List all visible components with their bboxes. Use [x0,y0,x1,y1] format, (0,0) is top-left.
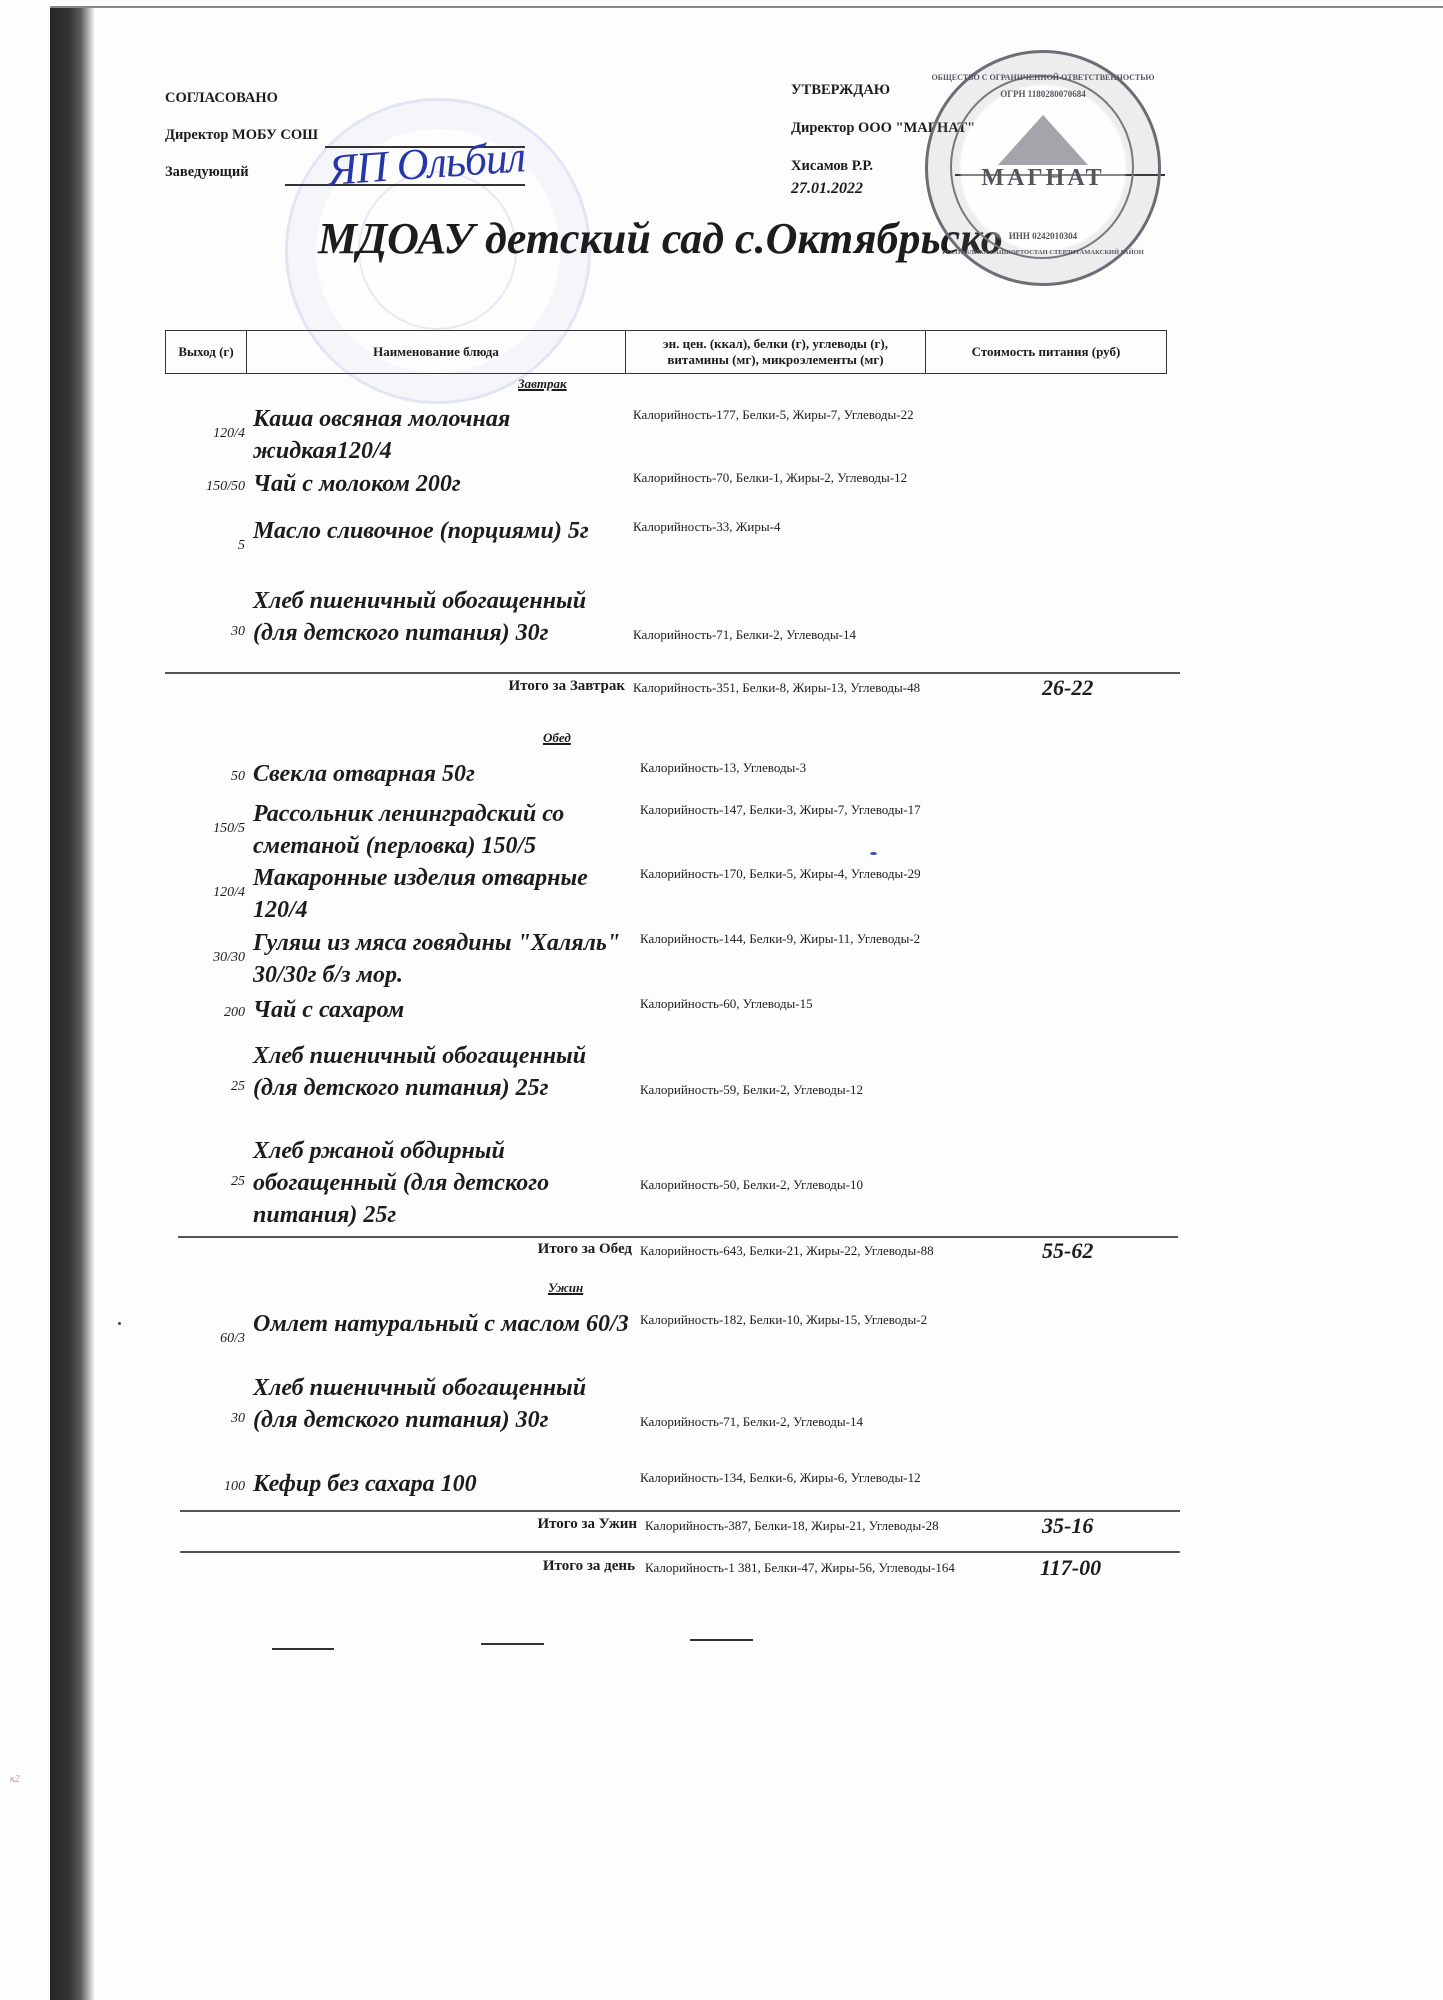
stamp-ogrn: ОГРН 1180280070684 [928,89,1158,99]
section-separator-1 [178,1236,1178,1238]
item-dish-name: Хлеб пшеничный обогащенный (для детского… [253,1040,633,1104]
item-nutrition: Калорийность-170, Белки-5, Жиры-4, Углев… [640,864,940,883]
menu-item-row: 100Кефир без сахара 100Калорийность-134,… [165,1468,1165,1508]
menu-item-row: 25Хлеб пшеничный обогащенный (для детско… [165,1040,1165,1136]
menu-item-row: 30Хлеб пшеничный обогащенный (для детско… [165,585,1165,681]
col-header-cost: Стоимость питания (руб) [926,331,1166,373]
item-dish-name: Макаронные изделия отварные 120/4 [253,862,633,926]
item-nutrition: Калорийность-177, Белки-5, Жиры-7, Углев… [633,405,933,424]
section-title-0: Завтрак [518,376,567,392]
page-title: МДОАУ детский сад с.Октябрьско [318,213,1003,264]
item-nutrition: Калорийность-70, Белки-1, Жиры-2, Углево… [633,468,933,487]
approval-left-line1: Директор МОБУ СОШ [165,127,318,144]
item-nutrition: Калорийность-144, Белки-9, Жиры-11, Угле… [640,929,940,948]
bottom-signature-line-2 [481,1643,544,1645]
menu-item-row: 5Масло сливочное (порциями) 5гКалорийнос… [165,515,1165,579]
stamp-region: РЕСПУБЛИКА БАШКОРТОСТАН СТЕРЛИТАМАКСКИЙ … [928,249,1158,256]
item-yield: 25 [165,1079,245,1095]
section-title-2: Ужин [548,1280,583,1296]
item-yield: 30 [165,1411,245,1427]
menu-item-row: 120/4Каша овсяная молочная жидкая120/4Ка… [165,403,1165,467]
item-nutrition: Калорийность-71, Белки-2, Углеводы-14 [640,1412,940,1431]
section-title-1: Обед [543,730,571,746]
day-total-label: Итого за день [380,1558,635,1575]
item-yield: 150/5 [165,821,245,837]
section-total-cost: 35-16 [1042,1513,1093,1539]
item-dish-name: Рассольник ленинградский со сметаной (пе… [253,798,633,862]
bottom-signature-line-3 [690,1639,753,1641]
company-stamp: ОБЩЕСТВО С ОГРАНИЧЕННОЙ ОТВЕТСТВЕННОСТЬЮ… [925,50,1161,286]
item-nutrition: Калорийность-147, Белки-3, Жиры-7, Углев… [640,800,940,819]
stamp-mountain-icon [998,115,1088,165]
item-nutrition: Калорийность-59, Белки-2, Углеводы-12 [640,1080,940,1099]
item-dish-name: Чай с молоком 200г [253,468,633,500]
section-separator-0 [165,672,1180,674]
approval-date: 27.01.2022 [791,180,863,198]
item-dish-name: Хлеб пшеничный обогащенный (для детского… [253,1372,633,1436]
section-total-nutrition: Калорийность-351, Белки-8, Жиры-13, Угле… [633,678,963,697]
stamp-company-name: МАГНАТ [928,165,1158,192]
menu-item-row: 50Свекла отварная 50гКалорийность-13, Уг… [165,758,1165,798]
item-yield: 100 [165,1479,245,1495]
menu-item-row: 25Хлеб ржаной обдирный обогащенный (для … [165,1135,1165,1231]
day-total-nutrition: Калорийность-1 381, Белки-47, Жиры-56, У… [645,1558,975,1577]
item-yield: 60/3 [165,1331,245,1347]
item-yield: 200 [165,1005,245,1021]
stamp-ring-text: ОБЩЕСТВО С ОГРАНИЧЕННОЙ ОТВЕТСТВЕННОСТЬЮ [928,73,1158,82]
item-dish-name: Омлет натуральный с маслом 60/3 [253,1308,633,1340]
item-yield: 120/4 [165,885,245,901]
item-nutrition: Калорийность-50, Белки-2, Углеводы-10 [640,1175,940,1194]
bottom-signature-line-1 [272,1648,334,1650]
col-header-dish: Наименование блюда [247,331,626,373]
approval-left-line2: Заведующий [165,164,249,181]
col-header-nutrition: эн. цен. (ккал), белки (г), углеводы (г)… [626,331,926,373]
ink-speck [870,852,877,855]
day-total-separator [180,1551,1180,1553]
section-total-cost: 26-22 [1042,675,1093,701]
section-total-label: Итого за Ужин [380,1516,637,1533]
item-nutrition: Калорийность-13, Углеводы-3 [640,758,940,777]
item-dish-name: Хлеб ржаной обдирный обогащенный (для де… [253,1135,633,1231]
scan-edge-left [50,8,94,2000]
menu-item-row: 150/5Рассольник ленинградский со сметано… [165,798,1165,862]
item-dish-name: Свекла отварная 50г [253,758,633,790]
scan-edge-top [50,6,1443,8]
approval-right-line2: Хисамов Р.Р. [791,158,873,175]
item-dish-name: Гуляш из мяса говядины "Халяль" 30/30г б… [253,927,633,991]
col-header-yield: Выход (г) [166,331,247,373]
section-total-label: Итого за Завтрак [370,678,625,695]
item-yield: 120/4 [165,426,245,442]
menu-item-row: 30Хлеб пшеничный обогащенный (для детско… [165,1372,1165,1468]
approval-left-heading: СОГЛАСОВАНО [165,90,278,107]
menu-item-row: 200Чай с сахаромКалорийность-60, Углевод… [165,994,1165,1034]
menu-item-row: 150/50Чай с молоком 200гКалорийность-70,… [165,468,1165,508]
day-total-cost: 117-00 [1040,1555,1101,1581]
scan-speck [118,1322,121,1325]
item-yield: 50 [165,769,245,785]
section-total-label: Итого за Обед [380,1241,632,1258]
menu-item-row: 120/4Макаронные изделия отварные 120/4Ка… [165,862,1165,926]
item-yield: 30/30 [165,950,245,966]
item-nutrition: Калорийность-182, Белки-10, Жиры-15, Угл… [640,1310,940,1329]
approval-right-heading: УТВЕРЖДАЮ [791,82,890,99]
section-total-nutrition: Калорийность-643, Белки-21, Жиры-22, Угл… [640,1241,970,1260]
margin-mark: к2 [10,1774,20,1785]
item-nutrition: Калорийность-33, Жиры-4 [633,517,933,536]
item-yield: 150/50 [165,479,245,495]
stamp-inn: ИНН 0242010304 [928,231,1158,241]
menu-item-row: 30/30Гуляш из мяса говядины "Халяль" 30/… [165,927,1165,991]
item-nutrition: Калорийность-134, Белки-6, Жиры-6, Углев… [640,1468,940,1487]
item-dish-name: Масло сливочное (порциями) 5г [253,515,633,547]
item-dish-name: Кефир без сахара 100 [253,1468,633,1500]
menu-table-header: Выход (г) Наименование блюда эн. цен. (к… [165,330,1167,374]
item-nutrition: Калорийность-71, Белки-2, Углеводы-14 [633,625,933,644]
section-total-nutrition: Калорийность-387, Белки-18, Жиры-21, Угл… [645,1516,975,1535]
menu-item-row: 60/3Омлет натуральный с маслом 60/3Калор… [165,1308,1165,1372]
item-dish-name: Хлеб пшеничный обогащенный (для детского… [253,585,633,649]
item-dish-name: Чай с сахаром [253,994,633,1026]
section-separator-2 [180,1510,1180,1512]
item-yield: 5 [165,538,245,554]
item-nutrition: Калорийность-60, Углеводы-15 [640,994,940,1013]
section-total-cost: 55-62 [1042,1238,1093,1264]
item-yield: 30 [165,624,245,640]
item-yield: 25 [165,1174,245,1190]
item-dish-name: Каша овсяная молочная жидкая120/4 [253,403,633,467]
